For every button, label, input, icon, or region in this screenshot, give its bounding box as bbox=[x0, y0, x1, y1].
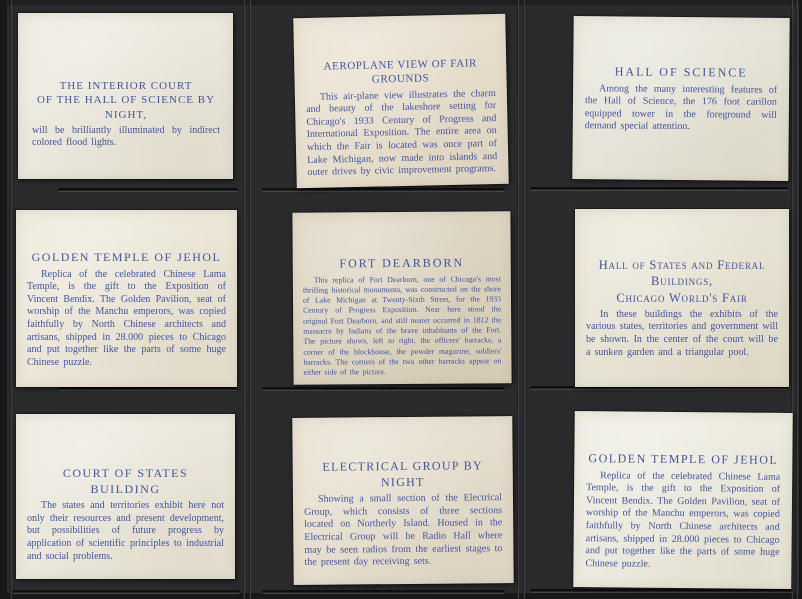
pocket-groove-horizontal bbox=[58, 387, 238, 391]
card-title-line: OF THE HALL OF SCIENCE BY NIGHT, bbox=[32, 93, 220, 122]
pocket-groove-horizontal bbox=[262, 387, 505, 391]
card-hall-of-science: HALL OF SCIENCE Among the many interesti… bbox=[572, 16, 789, 181]
card-title-line: AEROPLANE VIEW OF FAIR GROUNDS bbox=[305, 56, 496, 89]
pocket-groove-vertical bbox=[249, 0, 251, 599]
card-fort-dearborn: FORT DEARBORN This replica of Fort Dearb… bbox=[292, 211, 511, 385]
card-title-line: ELECTRICAL GROUP BY NIGHT bbox=[304, 458, 502, 491]
card-interior-court-by-night: THE INTERIOR COURT OF THE HALL OF SCIENC… bbox=[18, 13, 233, 179]
card-title-line: Chicago World's Fair bbox=[586, 290, 778, 306]
card-body: Replica of the celebrated Chinese Lama T… bbox=[27, 269, 226, 370]
pocket-groove-vertical bbox=[243, 0, 245, 599]
card-body: Showing a small section of the Electrica… bbox=[304, 492, 503, 569]
card-body: Among the many interesting features of t… bbox=[585, 83, 777, 135]
card-title-line: GOLDEN TEMPLE OF JEHOL bbox=[586, 451, 780, 468]
card-body: will be brilliantly illuminated by indir… bbox=[32, 125, 220, 150]
card-golden-temple-of-jehol-2: GOLDEN TEMPLE OF JEHOL Replica of the ce… bbox=[573, 411, 793, 589]
pocket-groove-horizontal bbox=[12, 590, 240, 594]
pocket-groove-horizontal bbox=[58, 188, 238, 192]
card-title: HALL OF SCIENCE bbox=[585, 64, 777, 81]
pocket-groove-horizontal bbox=[262, 188, 505, 192]
card-body: This air-plane view illustrates the char… bbox=[306, 88, 498, 180]
pocket-groove-vertical bbox=[517, 0, 519, 599]
card-body: This replica of Fort Dearborn, one of Ch… bbox=[303, 274, 502, 378]
card-court-of-states-building: COURT OF STATES BUILDING The states and … bbox=[16, 414, 235, 579]
card-hall-of-states-and-federal-buildings: Hall of States and Federal Buildings, Ch… bbox=[575, 209, 789, 387]
card-electrical-group-by-night: ELECTRICAL GROUP BY NIGHT Showing a smal… bbox=[292, 416, 513, 585]
pocket-groove-vertical bbox=[796, 0, 798, 599]
card-aeroplane-view-of-fair-grounds: AEROPLANE VIEW OF FAIR GROUNDS This air-… bbox=[293, 14, 509, 188]
card-title: Hall of States and Federal Buildings, Ch… bbox=[586, 257, 778, 306]
card-title-line: COURT OF STATES BUILDING bbox=[27, 466, 224, 497]
card-body: Replica of the celebrated Chinese Lama T… bbox=[585, 470, 780, 572]
album-edge-top bbox=[0, 0, 802, 5]
pocket-groove-vertical bbox=[523, 0, 525, 599]
pocket-groove-horizontal bbox=[530, 187, 788, 191]
card-body: The states and territories exhibit here … bbox=[27, 500, 224, 563]
card-title-line: Hall of States and Federal Buildings, bbox=[586, 257, 778, 290]
pocket-groove-horizontal bbox=[530, 589, 793, 593]
pocket-groove-vertical bbox=[10, 0, 12, 599]
card-body: In these buildings the exhibits of the v… bbox=[586, 309, 778, 359]
card-title: THE INTERIOR COURT OF THE HALL OF SCIENC… bbox=[32, 79, 220, 122]
card-title: GOLDEN TEMPLE OF JEHOL bbox=[586, 451, 780, 468]
album-page: THE INTERIOR COURT OF THE HALL OF SCIENC… bbox=[0, 0, 802, 599]
card-golden-temple-of-jehol-1: GOLDEN TEMPLE OF JEHOL Replica of the ce… bbox=[16, 210, 237, 387]
card-title-line: HALL OF SCIENCE bbox=[585, 64, 777, 81]
card-title: GOLDEN TEMPLE OF JEHOL bbox=[27, 250, 226, 266]
card-title: AEROPLANE VIEW OF FAIR GROUNDS bbox=[305, 56, 496, 89]
card-title: COURT OF STATES BUILDING bbox=[27, 466, 224, 497]
card-title-line: THE INTERIOR COURT bbox=[32, 79, 220, 93]
card-title-line: FORT DEARBORN bbox=[303, 255, 501, 272]
album-edge-left bbox=[0, 0, 7, 599]
card-title: FORT DEARBORN bbox=[303, 255, 501, 272]
pocket-groove-horizontal bbox=[262, 590, 505, 594]
card-title: ELECTRICAL GROUP BY NIGHT bbox=[304, 458, 502, 491]
card-title-line: GOLDEN TEMPLE OF JEHOL bbox=[27, 250, 226, 266]
